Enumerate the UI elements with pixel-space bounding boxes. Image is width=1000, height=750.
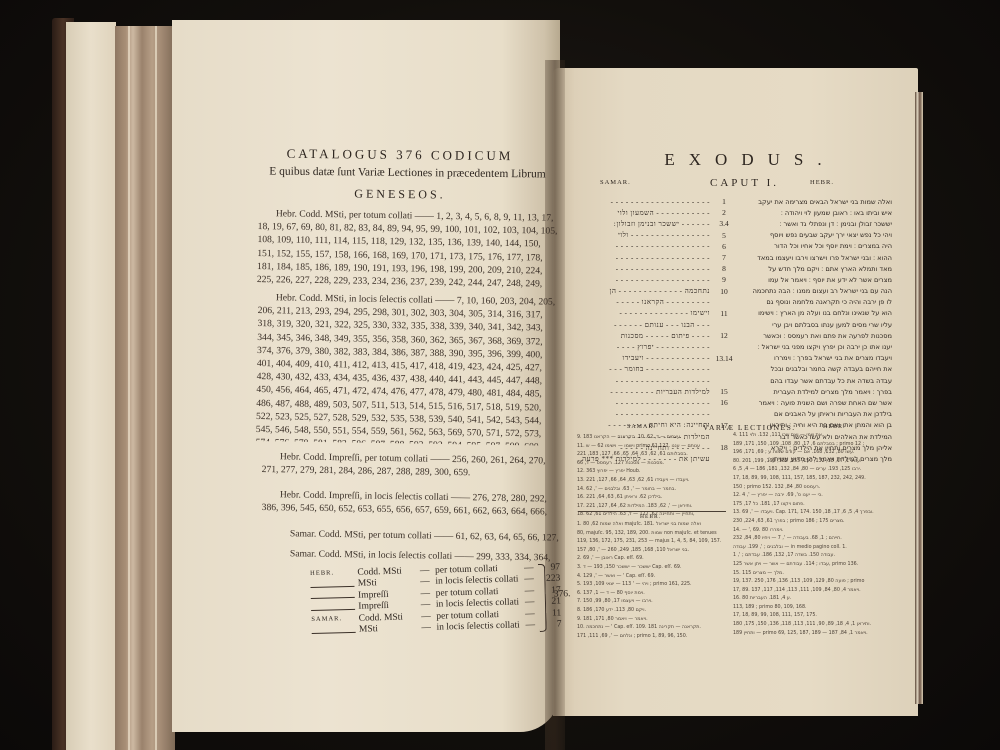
note-line: 15. מלך — מצרים 115.	[733, 570, 883, 579]
samaritan-variant: - - - - - - - - - - - - - - - - - - - -	[572, 198, 710, 206]
verse-number: 10	[710, 287, 738, 296]
verse-number: 12	[710, 331, 738, 340]
summary-kind: MSti	[358, 578, 415, 589]
note-line: 4. ואשר — ', 129 — ' Cap. eſſ. 69.	[577, 573, 727, 582]
note-line: מסכנות — מסכנת 127. רעמסס — ד, 66.	[577, 460, 727, 469]
verse-row: - - - - - - - - - - - - - - - - - - - -1…	[572, 196, 892, 207]
samaritan-variant: - - - - - - - - - - - - - - - - - - -	[572, 410, 710, 418]
samaritan-variant: - - - הבנו - - - ענותם - - - - - -	[572, 321, 710, 329]
section-divider	[578, 511, 726, 512]
binding-guard-strip	[115, 26, 175, 750]
codex-numbers: 1, 2, 3, 4, 5, 6, 8, 9, 11, 13, 17, 18, …	[257, 211, 558, 292]
samaritan-variant: - - - - - - יששכר ובנימן וזבולון ׃	[572, 220, 710, 228]
verse-row: נתחכמה - - - - - - - - - - - - - הן10הנה…	[572, 286, 892, 297]
summary-kind: Impreſſi	[358, 589, 415, 600]
verse-row: - - - - - - יששכר ובנימן וזבולון ׃3.4ישש…	[572, 218, 892, 229]
hebrew-text: יששכר זבולן ובנימן ׃ דן ונפתלי גד ואשר ׃	[738, 220, 892, 228]
note-line: 11. וישמו — וישימו 62 — ש primo 61 127. …	[577, 443, 727, 452]
note-line: ותיראן 1, 4, 18, 89, 90, 111, 113, 118, …	[733, 621, 883, 630]
samaritan-variant: - - - - - - - - - - - - - ויעבידו	[572, 354, 710, 362]
verse-row: - - - - - - - - - - - יפרוץ - - - -יענו …	[572, 341, 892, 352]
summary-group: HEBR.	[310, 569, 358, 577]
verse-number: 15	[710, 387, 738, 396]
samaritan-variant: - - - - - - - - - - - - - - - - - - -	[572, 242, 710, 250]
note-line: 10. נתחכמה — ' Cap. eſſ. 109. תקראנה — ת…	[577, 624, 727, 633]
note-line: 16. ע 4, 181. העבריות 80.	[733, 595, 883, 604]
hebrew-text: יענו אתו כן ירבה וכן יפרץ ויקצו מפני בני…	[738, 343, 892, 351]
hebr-notes-head: HEBR.	[640, 514, 661, 520]
paragraph-heading: Hebr. Codd. MSti, in locis ſelectis coll…	[276, 292, 455, 306]
note-line: 8. ויקם 80, 113. ידע 170, 186.	[577, 607, 727, 616]
hebrew-text: את חייהם בעבדה קשה בחמר ובלבנים ובכל	[738, 365, 892, 373]
hebrew-text: עבדה בשדה את כל עבדתם אשר עבדו בהם	[738, 377, 892, 385]
verse-row: - - - - - - - - - - - - - - - - - - -9מצ…	[572, 274, 892, 285]
samaritan-variant: - - - - - - - - - - - יפרוץ - - - -	[572, 343, 710, 351]
samaritan-variant: נתחכמה - - - - - - - - - - - - - הן	[572, 287, 710, 295]
samaritan-variant: למילדות העבריות - - - - - - - - -	[572, 388, 710, 396]
note-line: פתום ויקצו 17, 181. כל 17, 175.	[733, 501, 883, 510]
note-line: ונלחם — ', 69, 111, 171 ; primo 1, 89, 9…	[577, 633, 727, 641]
verse-row: - - - - - - - - - - - - - בחומר - - -את …	[572, 364, 892, 375]
note-line: 4. את שמי — ואת שרי 111, 132. ולוי 111,	[733, 432, 883, 441]
hebrew-text: הוא על שנאינו ונלחם בנו ועלה מן הארץ ׃ ו…	[738, 309, 892, 317]
hebrew-notes: 1. ואלה שמות 62, 80 majuſc. 181. ואלה שמ…	[577, 521, 727, 641]
verse-number: 5	[710, 231, 738, 240]
verse-row: למילדות העבריות - - - - - - - - -15בפרך …	[572, 386, 892, 397]
summary-total: 376.	[554, 589, 571, 599]
samaritan-variant: - - - - פיתום - - - - - מסכנות	[572, 332, 710, 340]
samaritan-variant: - - - - - - - - - - - - - בחומר - - -	[572, 365, 710, 373]
codex-numbers: 7, 10, 160, 203, 204, 205, 206, 211, 213…	[256, 295, 556, 446]
note-line: 2. ראובן — ', 69 Cap. eſſ. 69.	[577, 555, 727, 564]
paragraph-heading: Hebr. Codd. MSti, per totum collati ——	[276, 208, 434, 221]
exodus-title: EXODUS.	[600, 150, 900, 170]
note-line: בסבלותם 61, 62, 63, 64, 65, 66, 127, 183…	[577, 451, 727, 460]
note-line: בני ישראל 110, 168, 185, 249, 260 — ', 8…	[577, 547, 727, 556]
samaritan-variant: - - - - - - - - - - - - - - - - ולוי	[572, 231, 710, 239]
note-line: 13. ויעבדו — ', 69. Cap. 171, 174. ובפרך…	[733, 509, 883, 518]
verse-number: 7	[710, 253, 738, 262]
verse-row: - - - - - - - - - - - - - - - - - - -16א…	[572, 397, 892, 408]
chapter-head: CAPUT I.	[710, 177, 779, 189]
hebrew-text: עליו שרי מסים למען ענתו בסבלתם ויבן ערי	[738, 321, 892, 329]
samaritan-variant: - - - - - - - - - - - - - - - - - - -	[572, 254, 710, 262]
hebr-column-head: HEBR.	[810, 179, 834, 186]
verse-number: 16	[710, 398, 738, 407]
note-line: 150 ; primo 152. רעמסס 80, 84, 132.	[733, 484, 883, 493]
verse-number: 6	[710, 242, 738, 251]
note-line: בסבלתם 6, 17, 80, 108, 109, 150, 171, 18…	[733, 441, 883, 450]
samaritan-variant: - - - - - - - - - - - השמעון ולוי	[572, 209, 710, 217]
hebrew-text: אשר שם האחת שפרה ושם השנית פועה ׃ ויאמר	[738, 399, 892, 407]
verse-row: - - - - - - - - - - - - - - - - - - -ביל…	[572, 409, 892, 420]
verse-row: - - - - - - - - - - - - - - - - - - -6הי…	[572, 241, 892, 252]
hebrew-text: בפרך ׃ ויאמר מלך מצרים למילדת העברית	[738, 388, 892, 396]
summary-kind: Codd. MSti	[357, 566, 414, 577]
catalogue-title: CATALOGUS 376 CODICUM	[240, 145, 560, 164]
note-line: ותחיין 189 — primo 69, 125, 187, 189 — ו…	[733, 630, 883, 637]
note-line: 17, 18, 89, 99, 108, 111, 157, 185, 187,…	[733, 475, 883, 484]
ditto-rule	[310, 580, 354, 588]
hebrew-text: מאד ותמלא הארץ אתם ׃ ויקם מלך חדש על	[738, 265, 892, 273]
vl-samar-head: SAMAR.	[627, 424, 656, 430]
note-line: חייהם ; 1, 68. בעבודה — ', 7 — ויחיו 80,…	[733, 535, 883, 544]
note-line: 5. ויהי — ' 113 — יצאי 109, 193 ; primo …	[577, 581, 727, 590]
verse-number: 2	[710, 208, 738, 217]
verse-row: - - - - - - - - - - - - - ויעבידו13.14וי…	[572, 353, 892, 364]
ditto-rule	[311, 603, 355, 611]
hebrew-text: היה במצרים ׃ וימת יוסף וכל אחיו וכל הדור	[738, 242, 892, 250]
verse-row: - - - הבנו - - - ענותם - - - - - -עליו ש…	[572, 319, 892, 330]
verse-row: - - - - - - - - - - - השמעון ולוי2איש וב…	[572, 207, 892, 218]
note-line: עבדו ; 114. עבודתם — אשר — ויתן אשר 125,…	[733, 561, 883, 570]
hebrew-text: לו פן ירבה והיה כי תקראנה מלחמה ונוסף גם	[738, 298, 892, 306]
samaritan-variant: - - - - - - - - - הקראנו - - - - -	[572, 298, 710, 306]
note-line: 113, 189 ; primo 80, 109, 168.	[733, 604, 883, 613]
hebrew-text: איש וביתו באו ׃ ראובן שמעון לוי ויהודה ׃	[738, 209, 892, 217]
note-line: עבודה 150. בשדה 17, 132, 186. עבדתם ; ',…	[733, 552, 883, 561]
catalogue-paragraph: Hebr. Codd. Impreſſi, in locis ſelectis …	[262, 488, 562, 521]
ditto-rule	[311, 591, 355, 599]
hebrew-text: הנה עם בני ישראל רב ועצום ממנו ׃ הבה נתח…	[738, 287, 892, 295]
note-line: 7. וירבו — ויעצמו 17, 80, 99, 150.	[577, 598, 727, 607]
vl-hebr-head: HEBR.	[823, 424, 846, 430]
note-line: 17, 18, 89, 99, 108, 111, 157, 175.	[733, 612, 883, 621]
note-line: 19, 137. פועה 80, 129, 109, 113, 136, 17…	[733, 578, 883, 587]
note-line: 9. ויאמר — ויאמר 80, 171, 181.	[577, 616, 727, 625]
note-line: 14. — ', 69. וימררו 80.	[733, 527, 883, 536]
verse-number: 3.4	[710, 219, 738, 228]
summary-kind: Impreſſi	[358, 601, 415, 612]
samaritan-variant: וישימו - - - - - - - - - - - - - -	[572, 309, 710, 317]
note-line: 119, 136, 172, 175, 231, 253 — majus 1, …	[577, 538, 727, 547]
paragraph-heading: Samar. Codd. MSti, per totum collati ——	[290, 528, 454, 542]
note-line: 14. בחמר — בחומר — ', 63. ובלבנים — ', 6…	[577, 486, 727, 495]
note-line: 80, majuſc. 95, 132, 189, 200. שמות non …	[577, 530, 727, 539]
note-line: 1. ואלה שמות 62, 80 majuſc. 181. ואלה שמ…	[577, 521, 727, 530]
note-line: 12. יפרץ — יפרוץ 363 Houb.	[577, 468, 727, 477]
note-line: ובלבנים ; ', 199. עבודה — in medio pagin…	[733, 544, 883, 553]
samaritan-variant: - - - - - - - - - - - - - - - - - - -	[572, 377, 710, 385]
hebrew-text: ואלה שמות בני ישראל הבאים מצרימה את יעקב	[738, 198, 892, 206]
verse-number: 9	[710, 275, 738, 284]
verse-row: - - - - - - - - - הקראנו - - - - -לו פן …	[572, 297, 892, 308]
hebrew-text: מצרים אשר לא ידע את יוסף ׃ ויאמר אל עמו	[738, 276, 892, 284]
flyleaf	[66, 22, 116, 750]
catalogue-paragraph: Hebr. Codd. MSti, per totum collati —— 1…	[257, 207, 558, 292]
note-line: עשו 80, 132, 168. אם — קודם שמות ע ; 69,…	[733, 449, 883, 458]
codex-summary-table: HEBR. Codd. MSti — per totum collati — 9…	[310, 561, 562, 637]
samaritan-variant: - - - - - - - - - - - - - - - - - - -	[572, 276, 710, 284]
verse-row: - - - - - - - - - - - - - - - - - - -8מא…	[572, 263, 892, 274]
note-line: 17, 89. ויאמר 4, 80, 84, 109, 111, 113, …	[733, 587, 883, 596]
note-line: 6. וימת יוסף 80 — ד — 1, 137.	[577, 590, 727, 599]
summary-group: SAMAR.	[311, 615, 359, 623]
verse-number: 11	[710, 309, 738, 318]
note-line: 3. יששכר — יששכר 150, 193 — ד Cap. eſſ. …	[577, 564, 727, 573]
verse-row: - - - - - - - - - - - - - - - - ולוי5ויה…	[572, 230, 892, 241]
note-line: 9. עצמים — ד, 62. 10. הקראנה — הקראנו 18…	[577, 434, 727, 443]
verse-row: - - - - - - - - - - - - - - - - - - -עבד…	[572, 375, 892, 386]
vl-title: VARIÆ LECTIONES.	[703, 423, 796, 432]
paragraph-heading: Samar. Codd. MSti, in locis ſelectis col…	[290, 548, 474, 562]
hebrew-text: ויהי כל נפש יצאי ירך יעקב שבעים נפש ויוס…	[738, 231, 892, 239]
samar-column-head: SAMAR.	[600, 179, 631, 186]
note-line: 80. ענתו 1, 17, 18, 132, 150, 155, 185, …	[733, 458, 883, 467]
note-line: ירבו 125, 193. ערים — 80, 84, 132, 181, …	[733, 466, 883, 475]
hebrew-notes-column-2: 4. את שמי — ואת שרי 111, 132. ולוי 111, …	[733, 432, 883, 637]
verse-row: וישימו - - - - - - - - - - - - - -11הוא …	[572, 308, 892, 319]
verse-number: 1	[710, 197, 738, 206]
catalogue-paragraph: Hebr. Codd. MSti, in locis ſelectis coll…	[256, 291, 558, 446]
paragraph-heading: Hebr. Codd. Impreſſi, in locis ſelectis …	[280, 489, 470, 503]
hebrew-text: מסכנות לפרעה את פתם ואת רעמסס ׃ וכאשר	[738, 332, 892, 340]
open-book-photo: CATALOGUS 376 CODICUM E quibus datæ ſunt…	[0, 0, 1000, 750]
hebrew-text: ויעבדו מצרים את בני ישראל בפרך ׃ וימררו	[738, 354, 892, 362]
catalogue-paragraph: Hebr. Codd. Impreſſi, per totum collati …	[262, 450, 562, 483]
ditto-rule	[312, 626, 356, 634]
note-line: 16. בילדכן 62. וראיתן 61, 63, 64, 221.	[577, 494, 727, 503]
hebrew-text: ההוא ׃ ובני ישראל פרו וישרצו וירבו ויעצמ…	[738, 254, 892, 262]
paragraph-heading: Hebr. Codd. Impreſſi, per totum collati …	[280, 451, 450, 465]
column-headers: SAMAR. CAPUT I. HEBR.	[590, 177, 920, 191]
hebrew-text: בילדכן את העבריות וראיתן על האבנים אם	[738, 410, 892, 418]
note-line: בפרך 61, 63, 224, 230 ; primo 186 ; מצרי…	[733, 518, 883, 527]
verse-number: 8	[710, 264, 738, 273]
summary-kind: MSti	[359, 624, 416, 635]
verse-row: - - - - - - - - - - - - - - - - - - -7הה…	[572, 252, 892, 263]
samaritan-variant: - - - - - - - - - - - - - - - - - - -	[572, 399, 710, 407]
summary-kind: Codd. MSti	[359, 612, 416, 623]
verse-number: 13.14	[710, 354, 738, 363]
verse-row: - - - - פיתום - - - - - מסכנות12מסכנות ל…	[572, 330, 892, 341]
samaritan-variant: - - - - - - - - - - - - - - - - - - -	[572, 265, 710, 273]
summary-desc: in locis ſelectis collati	[436, 621, 520, 633]
note-line: 13. ויעבדו — ויעבידו 61, 62, 63, 64, 66,…	[577, 477, 727, 486]
note-line: 12. כי — יענו ס', 69. ירבה — יפרץ — ', 4…	[733, 492, 883, 501]
